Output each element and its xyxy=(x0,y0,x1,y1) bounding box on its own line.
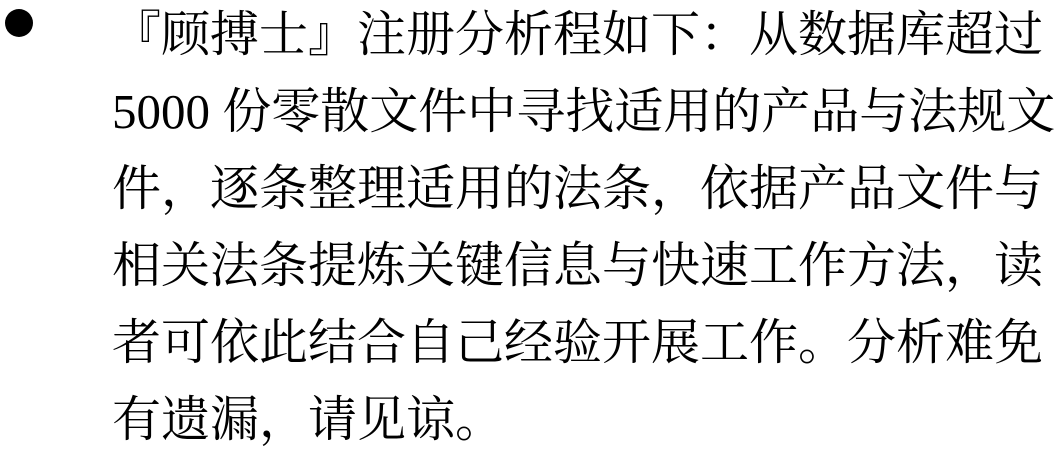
paragraph: 『顾搏士』注册分析程如下：从数据库超过 5000 份零散文件中寻找适用的产品与法… xyxy=(112,0,1052,458)
text-line: 『顾搏士』注册分析程如下：从数据库超过 xyxy=(112,0,1052,73)
text-line: 者可依此结合自己经验开展工作。分析难免 xyxy=(112,304,1052,381)
text-line: 5000 份零散文件中寻找适用的产品与法规文 xyxy=(112,73,1052,150)
text-line: 件，逐条整理适用的法条，依据产品文件与 xyxy=(112,150,1052,227)
text-line: 相关法条提炼关键信息与快速工作方法，读 xyxy=(112,227,1052,304)
bullet-icon xyxy=(5,9,33,37)
text-line: 有遗漏，请见谅。 xyxy=(112,381,1052,458)
document-page: 『顾搏士』注册分析程如下：从数据库超过 5000 份零散文件中寻找适用的产品与法… xyxy=(0,0,1058,468)
